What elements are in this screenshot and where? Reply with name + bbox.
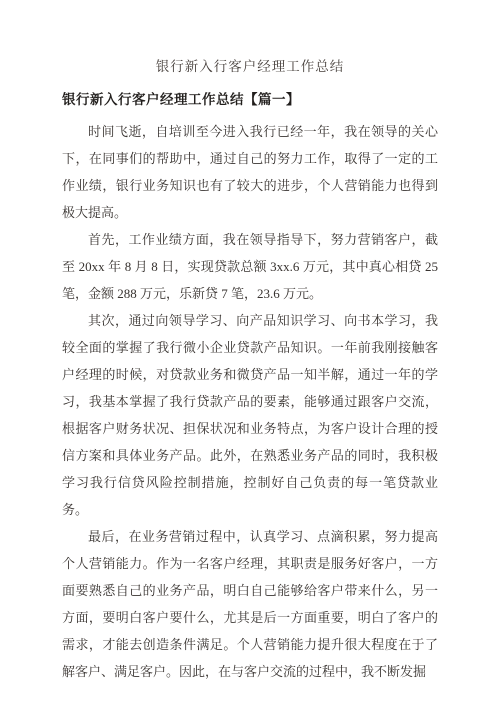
section-heading: 银行新入行客户经理工作总结【篇一】 [62,91,438,109]
paragraph-performance: 首先，工作业绩方面，我在领导指导下，努力营销客户，截至 20xx 年 8 月 8… [62,226,438,307]
document-page: 银行新入行客户经理工作总结 银行新入行客户经理工作总结【篇一】 时间飞逝，自培训… [0,0,500,707]
paragraph-intro: 时间飞逝，自培训至今进入我行已经一年，我在领导的关心下，在同事们的帮助中，通过自… [62,118,438,226]
paragraph-learning: 其次，通过向领导学习、向产品知识学习、向书本学习，我较全面的掌握了我行微小企业贷… [62,307,438,523]
document-title: 银行新入行客户经理工作总结 [62,58,438,76]
paragraph-marketing: 最后，在业务营销过程中，认真学习、点滴积累，努力提高个人营销能力。作为一名客户经… [62,523,438,685]
document-body: 时间飞逝，自培训至今进入我行已经一年，我在领导的关心下，在同事们的帮助中，通过自… [62,118,438,685]
